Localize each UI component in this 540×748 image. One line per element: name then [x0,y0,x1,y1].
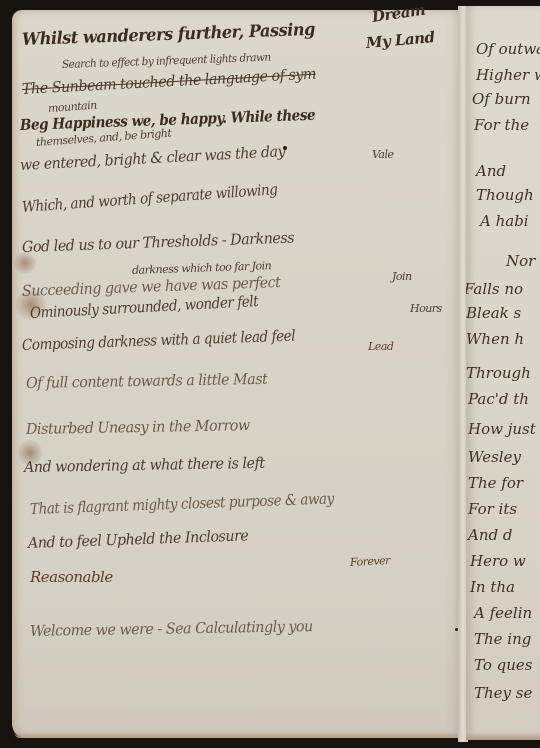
margin-note: Vale [372,148,394,161]
margin-note: Lead [368,340,393,353]
manuscript-line: Falls no [466,280,523,298]
manuscript-line: Though [476,186,534,204]
manuscript-line: A habi [480,212,529,230]
manuscript-line: Higher w [476,66,540,84]
manuscript-line: Reasonable [30,568,113,586]
manuscript-line: Of burn [472,90,531,108]
manuscript-line: When h [466,330,524,348]
manuscript-line: Pac'd th [468,390,529,408]
manuscript-line: In tha [470,578,515,596]
manuscript-line: Wesley [468,448,521,466]
manuscript-line: The ing [474,630,531,648]
manuscript-line: Through [466,364,531,382]
manuscript-line: Bleak s [466,304,521,322]
right-page-text: Of outwa Higher w Of burn For the And Th… [466,6,540,740]
manuscript-margin-note: Forever [350,554,391,569]
manuscript-line: For the [474,116,529,134]
manuscript-line: A feelin [474,604,532,622]
manuscript-line: And d [468,526,512,544]
ink-dot [455,628,458,631]
manuscript-line: To ques [474,656,532,674]
manuscript-line: Hero w [470,552,526,570]
manuscript-line: And [476,162,506,180]
manuscript-line: Nor [506,252,535,270]
margin-note: Join [392,270,412,283]
ink-dot [283,146,287,150]
manuscript-line: For its [468,500,517,518]
manuscript-line: The for [468,474,523,492]
manuscript-line: Of outwa [476,40,540,58]
manuscript-line: They se [474,684,532,702]
manuscript-photo: Whilst wanderers further, Passing Search… [0,0,540,748]
manuscript-line: How just [468,420,536,438]
margin-note: Hours [410,302,442,315]
